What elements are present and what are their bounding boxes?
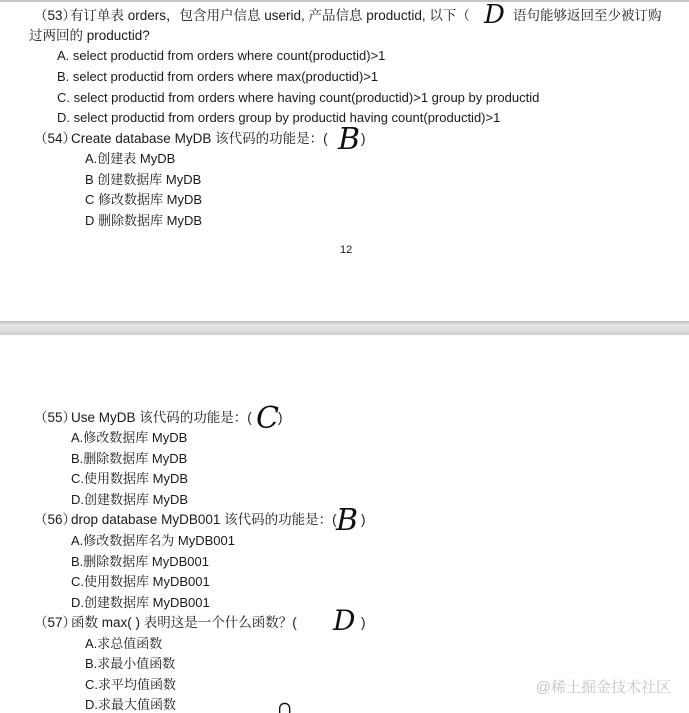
question-55-number: （55） [34,409,76,427]
question-56-handwritten-answer: B [336,503,358,538]
question-55-handwritten-answer: C [256,401,279,436]
question-57-option-d: D.求最大值函数 [85,696,176,713]
question-54-number: （54） [34,130,76,148]
question-53-stem: 有订单表 orders，包含用户信息 userid, 产品信息 producti… [70,7,470,25]
question-55-stem: Use MyDB 该代码的功能是：( [71,409,252,427]
question-53-stem-continued: 语句能够返回至少被订购 [513,7,662,25]
question-54-option-d: D 删除数据库 MyDB [85,212,202,230]
question-55-option-a: A.修改数据库 MyDB [71,429,187,447]
question-57-option-a: A.求总值函数 [85,635,162,653]
question-56-option-b: B.删除数据库 MyDB001 [71,553,209,571]
question-57-handwritten-answer: D [333,604,355,637]
question-53-option-d: D. select productid from orders group by… [57,109,500,127]
page-number: 12 [340,244,352,256]
question-54-handwritten-answer: B [338,122,360,157]
question-56-number: （56） [34,511,76,529]
question-56-stem: drop database MyDB001 该代码的功能是：( [71,511,337,529]
question-53-option-b: B. select productid from orders where ma… [57,68,378,86]
question-54-option-c: C 修改数据库 MyDB [85,191,202,209]
question-57-stem: 函数 max( ) 表明这是一个什么函数？( [71,614,297,632]
question-56-option-a: A.修改数据库名为 MyDB001 [71,532,235,550]
question-54-close-paren: ) [361,130,366,148]
page-separator [0,321,689,335]
question-54-stem: Create database MyDB 该代码的功能是：( [71,130,328,148]
question-53-stem-line2: 过两回的 productid? [29,27,150,45]
question-55-option-b: B.删除数据库 MyDB [71,450,187,468]
question-57-close-paren: ) [361,614,366,632]
question-56-option-c: C.使用数据库 MyDB001 [71,573,210,591]
question-57-number: （57） [34,614,76,632]
handwritten-scribble: ∩ [277,698,292,713]
watermark: @稀土掘金技术社区 [536,676,671,697]
question-56-option-d: D.创建数据库 MyDB001 [71,594,210,612]
question-53-option-a: A. select productid from orders where co… [57,47,385,65]
question-54-option-a: A.创建表 MyDB [85,150,175,168]
question-53-handwritten-answer: D [484,0,505,30]
question-55-option-d: D.创建数据库 MyDB [71,491,188,509]
question-57-option-c: C.求平均值函数 [85,676,176,694]
question-55-option-c: C.使用数据库 MyDB [71,470,188,488]
question-54-option-b: B 创建数据库 MyDB [85,171,201,189]
question-55-close-paren: ) [278,409,283,427]
question-56-close-paren: ) [361,511,366,529]
question-53-option-c: C. select productid from orders where ha… [57,89,539,107]
question-57-option-b: B.求最小值函数 [85,655,175,673]
